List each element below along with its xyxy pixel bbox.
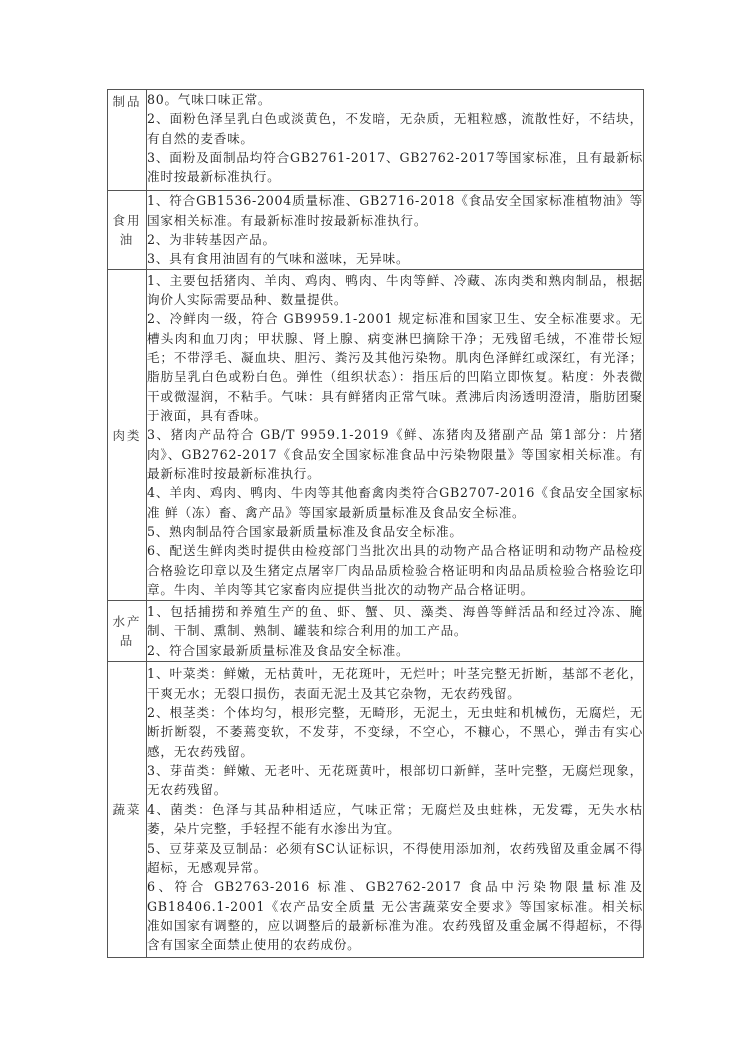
category-label: 制品	[112, 94, 141, 109]
list-item: 3、芽苗类：鲜嫩、无老叶、无花斑黄叶，根部切口新鲜，茎叶完整，无腐烂现象，无农药…	[147, 761, 643, 800]
list-item: 3、面粉及面制品均符合GB2761-2017、GB2762-2017等国家标准，…	[147, 148, 643, 187]
list-item: 1、包括捕捞和养殖生产的鱼、虾、蟹、贝、藻类、海兽等鲜活品和经过冷冻、腌制、干制…	[147, 602, 643, 641]
document-page: 制品 80。气味口味正常。 2、面粉色泽呈乳白色或淡黄色，不发暗，无杂质，无粗粒…	[0, 0, 750, 1060]
table-row: 食用油 1、符合GB1536-2004质量标准、GB2716-2018《食品安全…	[108, 191, 644, 270]
content-cell: 1、包括捕捞和养殖生产的鱼、虾、蟹、贝、藻类、海兽等鲜活品和经过冷冻、腌制、干制…	[147, 601, 644, 662]
content-cell: 1、主要包括猪肉、羊肉、鸡肉、鸭肉、牛肉等鲜、冷藏、冻肉类和熟肉制品，根据询价人…	[147, 270, 644, 601]
list-item: 2、根茎类：个体均匀，根形完整，无畸形，无泥土，无虫蛀和机械伤，无腐烂，无断折断…	[147, 703, 643, 761]
content-cell: 1、符合GB1536-2004质量标准、GB2716-2018《食品安全国家标准…	[147, 191, 644, 270]
list-item: 2、为非转基因产品。	[147, 230, 643, 249]
list-item: 4、菌类：色泽与其品种相适应，气味正常；无腐烂及虫蛀株，无发霉，无失水枯萎，朵片…	[147, 800, 643, 839]
category-cell: 水产品	[108, 601, 147, 662]
list-item: 3、具有食用油固有的气味和滋味，无异味。	[147, 249, 643, 268]
list-item: 2、面粉色泽呈乳白色或淡黄色，不发暗，无杂质，无粗粒感，流散性好，不结块，有自然…	[147, 109, 643, 148]
food-spec-table: 制品 80。气味口味正常。 2、面粉色泽呈乳白色或淡黄色，不发暗，无杂质，无粗粒…	[107, 89, 644, 958]
category-label: 食用油	[112, 213, 141, 247]
list-item: 5、豆芽菜及豆制品：必须有SC认证标识，不得使用添加剂，农药残留及重金属不得超标…	[147, 839, 643, 878]
content-cell: 1、叶菜类：鲜嫩，无枯黄叶，无花斑叶，无烂叶；叶茎完整无折断，基部不老化，干爽无…	[147, 662, 644, 958]
list-item: 5、熟肉制品符合国家最新质量标准及食品安全标准。	[147, 522, 643, 541]
category-label: 肉类	[112, 428, 141, 443]
list-item: 2、符合国家最新质量标准及食品安全标准。	[147, 641, 643, 660]
list-item: 2、冷鲜肉一级，符合 GB9959.1-2001 规定标准和国家卫生、安全标准要…	[147, 309, 643, 425]
table-row: 蔬菜 1、叶菜类：鲜嫩，无枯黄叶，无花斑叶，无烂叶；叶茎完整无折断，基部不老化，…	[108, 662, 644, 958]
list-item: 80。气味口味正常。	[147, 90, 643, 109]
category-label: 蔬菜	[112, 802, 141, 817]
category-cell: 食用油	[108, 191, 147, 270]
category-cell: 蔬菜	[108, 662, 147, 958]
list-item: 3、猪肉产品符合 GB/T 9959.1-2019《鲜、冻猪肉及猪副产品 第1部…	[147, 425, 643, 483]
table-row: 水产品 1、包括捕捞和养殖生产的鱼、虾、蟹、贝、藻类、海兽等鲜活品和经过冷冻、腌…	[108, 601, 644, 662]
content-cell: 80。气味口味正常。 2、面粉色泽呈乳白色或淡黄色，不发暗，无杂质，无粗粒感，流…	[147, 90, 644, 191]
list-item: 4、羊肉、鸡肉、鸭肉、牛肉等其他畜禽肉类符合GB2707-2016《食品安全国家…	[147, 483, 643, 522]
list-item: 1、主要包括猪肉、羊肉、鸡肉、鸭肉、牛肉等鲜、冷藏、冻肉类和熟肉制品，根据询价人…	[147, 271, 643, 310]
list-item: 1、叶菜类：鲜嫩，无枯黄叶，无花斑叶，无烂叶；叶茎完整无折断，基部不老化，干爽无…	[147, 664, 643, 703]
category-cell: 肉类	[108, 270, 147, 601]
list-item: 1、符合GB1536-2004质量标准、GB2716-2018《食品安全国家标准…	[147, 191, 643, 230]
table-row: 肉类 1、主要包括猪肉、羊肉、鸡肉、鸭肉、牛肉等鲜、冷藏、冻肉类和熟肉制品，根据…	[108, 270, 644, 601]
list-item: 6、配送生鲜肉类时提供由检疫部门当批次出具的动物产品合格证明和动物产品检疫合格验…	[147, 541, 643, 599]
category-cell: 制品	[108, 90, 147, 191]
list-item: 6、符合 GB2763-2016 标准、GB2762-2017 食品中污染物限量…	[147, 877, 643, 954]
table-row: 制品 80。气味口味正常。 2、面粉色泽呈乳白色或淡黄色，不发暗，无杂质，无粗粒…	[108, 90, 644, 191]
category-label: 水产品	[112, 614, 141, 648]
